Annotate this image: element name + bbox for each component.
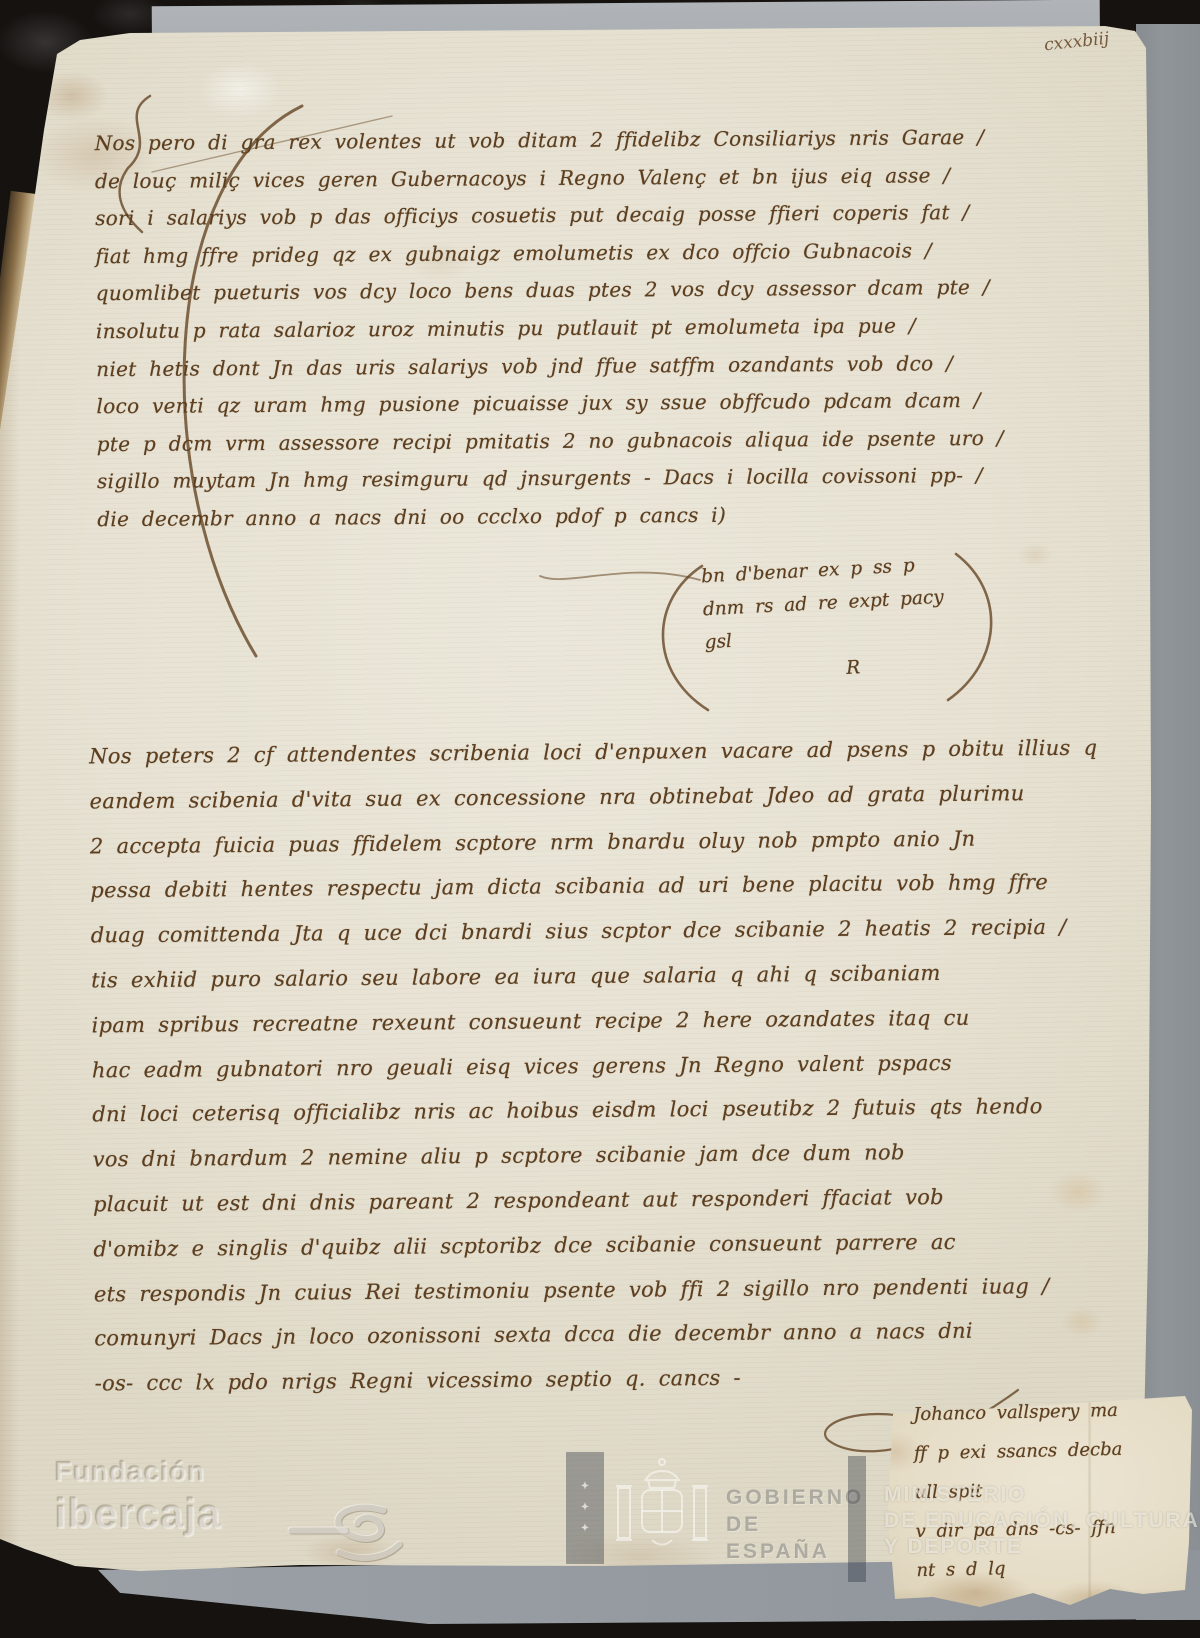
gobierno-watermark-line1: GOBIERNO: [726, 1484, 866, 1511]
manuscript-line: niet hetis dont Jn das uris salariys vob…: [96, 350, 1003, 394]
ministerio-watermark-bar: [848, 1456, 866, 1582]
ministerio-watermark-line1: MINISTERIO: [884, 1482, 1200, 1508]
gobierno-watermark-line2: DE ESPAÑA: [726, 1511, 866, 1565]
ministerio-watermark-line3: Y DEPORTE: [884, 1534, 1200, 1560]
manuscript-line: fiat hmg ffre prideg qz ex gubnaigz emol…: [95, 238, 1002, 282]
manuscript-line: sigillo muytam Jn hmg resimguru qd jnsur…: [97, 463, 1004, 507]
paragraph-1: Nos pero di gra rex volentes ut vob dita…: [95, 125, 1005, 545]
signature-block: bn d'benar ex p ss pdnm rs ad re expt pa…: [701, 554, 949, 698]
star-icon: ✦: [581, 1524, 589, 1534]
manuscript-line: de louç miliç vices geren Gubernacoys i …: [95, 162, 1002, 206]
gobierno-watermark: ✦ ✦ ✦ GOBIERNO DE ESPAÑA: [566, 1450, 866, 1568]
spain-coat-of-arms-icon: [610, 1454, 714, 1564]
manuscript-line: quomlibet pueturis vos dcy loco bens dua…: [96, 275, 1003, 319]
paragraph-2: Nos peters 2 cf attendentes scribenia lo…: [89, 736, 1103, 1417]
scan-canvas: cxxxbiij Nos pero di gra rex volentes ut…: [0, 0, 1200, 1638]
manuscript-line: loco venti qz uram hmg pusione picuaisse…: [96, 388, 1003, 432]
ibercaja-watermark-line2: ibercaja: [55, 1490, 222, 1538]
star-icon: ✦: [581, 1503, 589, 1513]
manuscript-line: sori i salariys vob p das officiys cosue…: [95, 200, 1002, 244]
ibercaja-logo-icon: [287, 1496, 407, 1568]
ibercaja-watermark: Fundación ibercaja: [55, 1456, 222, 1538]
ministerio-watermark-line2: DE EDUCACIÓN, CULTURA: [884, 1508, 1200, 1534]
slip-line: Johanco vallspery ma: [913, 1400, 1122, 1443]
gobierno-watermark-bar: ✦ ✦ ✦: [566, 1452, 604, 1564]
ministerio-watermark: MINISTERIO DE EDUCACIÓN, CULTURA Y DEPOR…: [848, 1452, 1200, 1582]
manuscript-line: Nos pero di gra rex volentes ut vob dita…: [95, 125, 1002, 169]
ibercaja-watermark-line1: Fundación: [55, 1456, 222, 1488]
manuscript-line: insolutu p rata salarioz uroz minutis pu…: [96, 313, 1003, 357]
ministerio-watermark-text: MINISTERIO DE EDUCACIÓN, CULTURA Y DEPOR…: [884, 1482, 1200, 1560]
gobierno-watermark-text: GOBIERNO DE ESPAÑA: [726, 1484, 866, 1565]
star-icon: ✦: [581, 1482, 589, 1492]
manuscript-line: pte p dcm vrm assessore recipi pmitatis …: [97, 426, 1004, 470]
manuscript-line: die decembr anno a nacs dni oo ccclxo pd…: [97, 501, 1004, 545]
